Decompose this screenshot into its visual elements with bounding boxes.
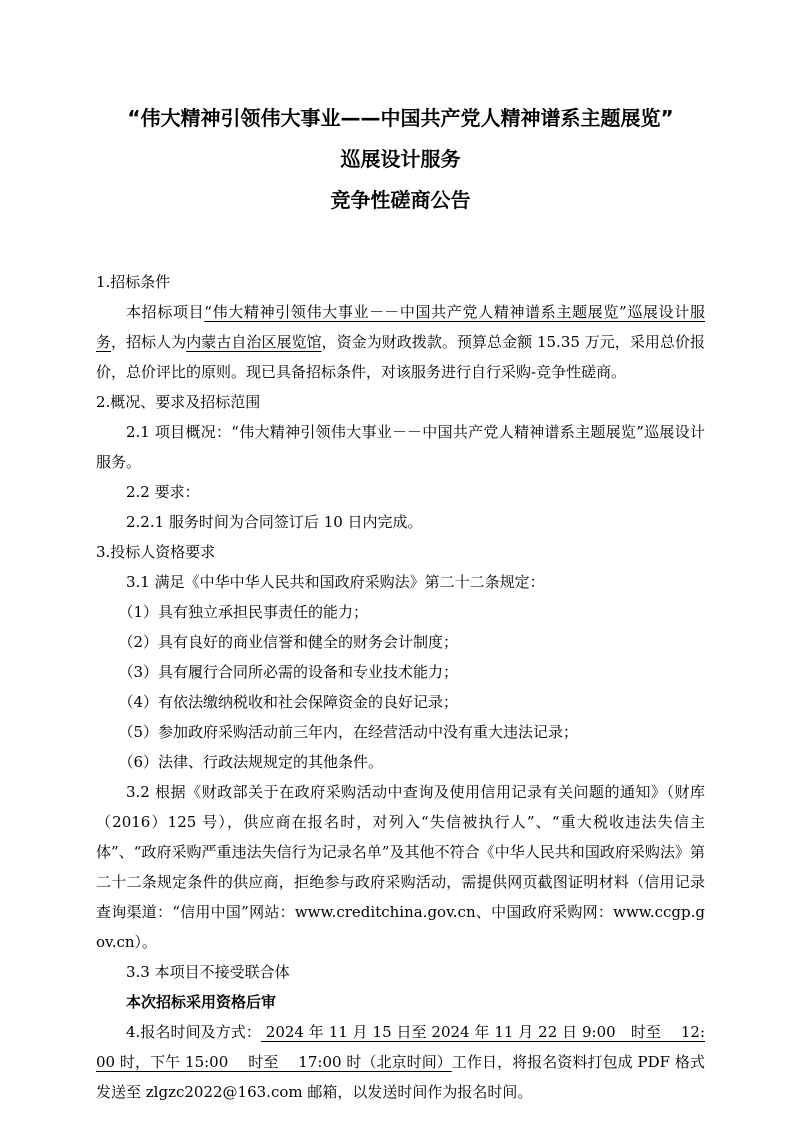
- document-title: “伟大精神引领伟大事业——中国共产党人精神谱系主题展览” 巡展设计服务 竞争性磋…: [96, 98, 705, 221]
- clause-2-2: 2.2 要求：: [96, 477, 705, 507]
- section-1-heading: 1.招标条件: [96, 267, 705, 297]
- qualification-item-2: （2）具有良好的商业信誉和健全的财务会计制度；: [96, 627, 705, 657]
- intro-text-pre: 本招标项目: [126, 303, 204, 321]
- qualification-item-4: （4）有依法缴纳税收和社会保障资金的良好记录；: [96, 687, 705, 717]
- title-line-1: “伟大精神引领伟大事业——中国共产党人精神谱系主题展览”: [96, 98, 705, 139]
- clause-3-3: 3.3 本项目不接受联合体: [96, 957, 705, 987]
- clause-3-1: 3.1 满足《中华中华人民共和国政府采购法》第二十二条规定：: [96, 567, 705, 597]
- document-body: 1.招标条件 本招标项目“伟大精神引领伟大事业－－中国共产党人精神谱系主题展览”…: [96, 267, 705, 1107]
- title-line-2: 巡展设计服务: [96, 139, 705, 180]
- tenderee-name-underlined: 内蒙古自治区展览馆: [186, 333, 321, 351]
- qualification-item-3: （3）具有履行合同所必需的设备和专业技术能力；: [96, 657, 705, 687]
- section-3-heading: 3.投标人资格要求: [96, 537, 705, 567]
- clause-4-registration: 4.报名时间及方式： 2024 年 11 月 15 日至 2024 年 11 月…: [96, 1017, 705, 1107]
- clause-3-2: 3.2 根据《财政部关于在政府采购活动中查询及使用信用记录有关问题的通知》（财库…: [96, 777, 705, 957]
- qualification-item-1: （1）具有独立承担民事责任的能力；: [96, 597, 705, 627]
- clause-2-1: 2.1 项目概况：“伟大精神引领伟大事业－－中国共产党人精神谱系主题展览”巡展设…: [96, 417, 705, 477]
- qualification-review-note: 本次招标采用资格后审: [96, 987, 705, 1017]
- title-line-3: 竞争性磋商公告: [96, 180, 705, 221]
- document-page: “伟大精神引领伟大事业——中国共产党人精神谱系主题展览” 巡展设计服务 竞争性磋…: [0, 0, 793, 1122]
- section-1-intro-paragraph: 本招标项目“伟大精神引领伟大事业－－中国共产党人精神谱系主题展览”巡展设计服务，…: [96, 297, 705, 387]
- clause-2-2-1: 2.2.1 服务时间为合同签订后 10 日内完成。: [96, 507, 705, 537]
- qualification-item-5: （5）参加政府采购活动前三年内，在经营活动中没有重大违法记录；: [96, 717, 705, 747]
- qualification-item-6: （6）法律、行政法规规定的其他条件。: [96, 747, 705, 777]
- intro-text-mid: ，招标人为: [111, 333, 186, 351]
- registration-label: 4.报名时间及方式：: [126, 1023, 261, 1041]
- section-2-heading: 2.概况、要求及招标范围: [96, 387, 705, 417]
